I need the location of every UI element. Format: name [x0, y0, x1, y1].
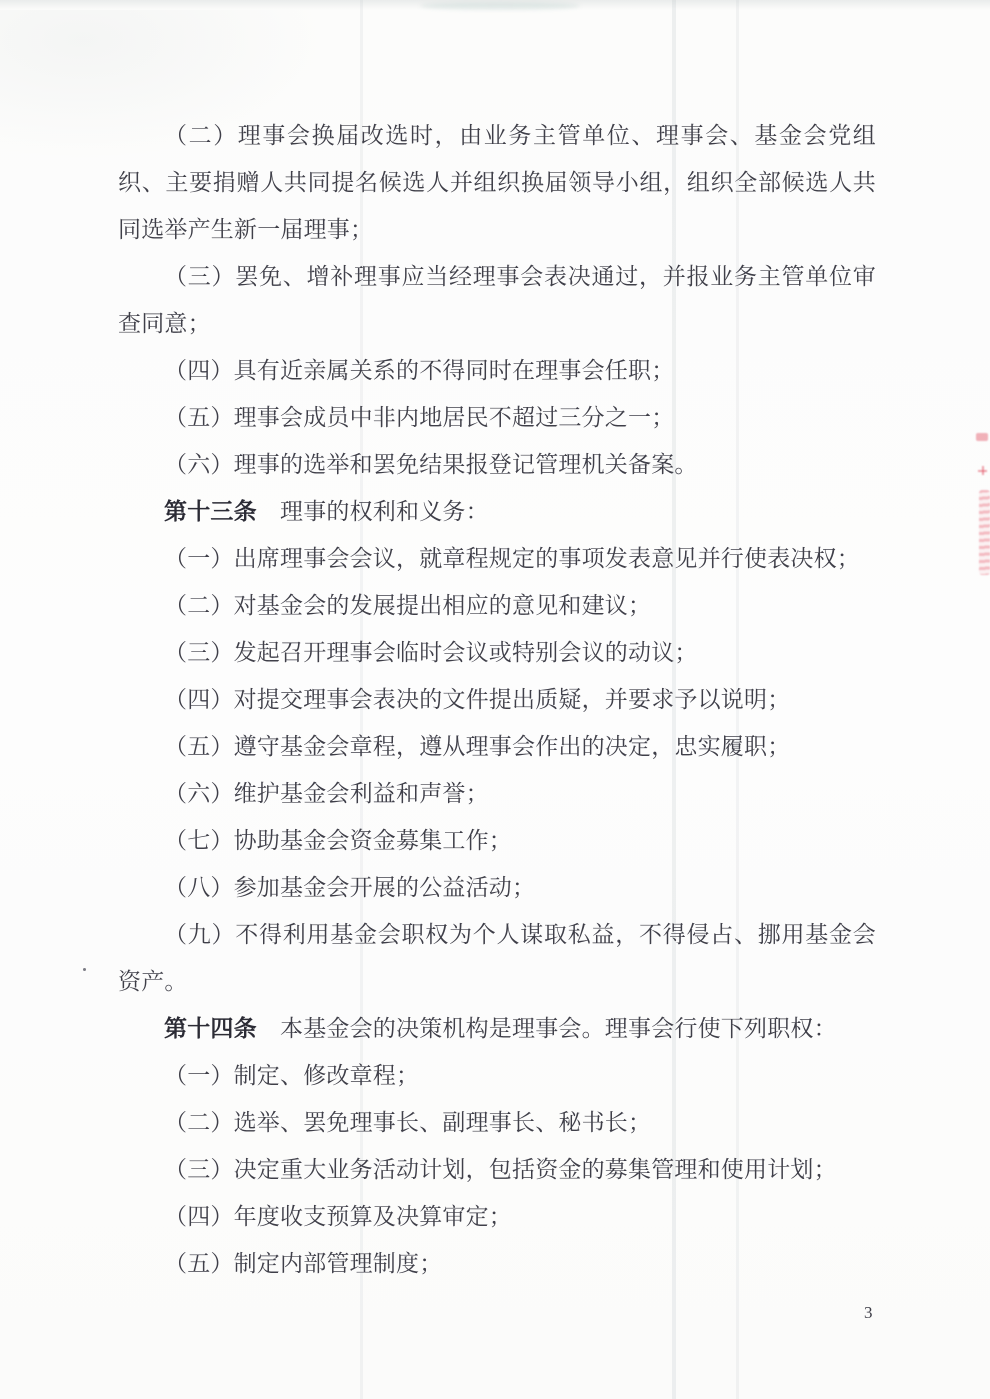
paragraph-article-13: 第十三条 理事的权利和义务： — [118, 488, 876, 535]
paragraph: （五）理事会成员中非内地居民不超过三分之一； — [118, 394, 876, 441]
paragraph-article-14: 第十四条 本基金会的决策机构是理事会。理事会行使下列职权： — [118, 1005, 876, 1052]
paragraph-text: （二）对基金会的发展提出相应的意见和建议； — [164, 593, 651, 618]
article-number: 第十三条 — [164, 499, 257, 524]
paragraph: （八）参加基金会开展的公益活动； — [118, 864, 876, 911]
paragraph: （二）选举、罢免理事长、副理事长、秘书长； — [118, 1099, 876, 1146]
paragraph-text: （四）对提交理事会表决的文件提出质疑，并要求予以说明； — [164, 687, 790, 712]
paragraph: （一）制定、修改章程； — [118, 1052, 876, 1099]
paragraph-text: （二）选举、罢免理事长、副理事长、秘书长； — [164, 1110, 651, 1135]
paragraph: （二）对基金会的发展提出相应的意见和建议； — [118, 582, 876, 629]
paragraph: （九）不得利用基金会职权为个人谋取私益，不得侵占、挪用基金会资产。 — [118, 911, 876, 1005]
scan-artifact-top-edge — [0, 0, 990, 10]
paragraph-text: （二）理事会换届改选时，由业务主管单位、理事会、基金会党组织、主要捐赠人共同提名… — [118, 123, 876, 242]
paragraph-text: （一）制定、修改章程； — [164, 1063, 419, 1088]
paragraph: （三）发起召开理事会临时会议或特别会议的动议； — [118, 629, 876, 676]
paragraph: （三）决定重大业务活动计划，包括资金的募集管理和使用计划； — [118, 1146, 876, 1193]
paragraph: （一）出席理事会会议，就章程规定的事项发表意见并行使表决权； — [118, 535, 876, 582]
paragraph: （三）罢免、增补理事应当经理事会表决通过，并报业务主管单位审查同意； — [118, 253, 876, 347]
paragraph-text: （七）协助基金会资金募集工作； — [164, 828, 512, 853]
red-stamp-remnant-icon — [976, 433, 988, 441]
ink-speck — [83, 968, 86, 971]
red-stamp-remnant-icon — [979, 490, 990, 575]
paragraph-text: （三）发起召开理事会临时会议或特别会议的动议； — [164, 640, 698, 665]
paragraph-text: （三）罢免、增补理事应当经理事会表决通过，并报业务主管单位审查同意； — [118, 264, 876, 336]
paragraph-text: （五）制定内部管理制度； — [164, 1251, 442, 1276]
paragraph-text: （五）理事会成员中非内地居民不超过三分之一； — [164, 405, 674, 430]
scan-artifact-top-smudge — [420, 2, 580, 10]
paragraph-text: （四）年度收支预算及决算审定； — [164, 1204, 512, 1229]
paragraph: （五）制定内部管理制度； — [118, 1240, 876, 1287]
paragraph-text: （六）维护基金会利益和声誉； — [164, 781, 489, 806]
red-stamp-remnant-icon — [978, 466, 987, 475]
paragraph-text: （五）遵守基金会章程，遵从理事会作出的决定，忠实履职； — [164, 734, 790, 759]
paragraph-text: （六）理事的选举和罢免结果报登记管理机关备案。 — [164, 452, 698, 477]
paragraph-text: （三）决定重大业务活动计划，包括资金的募集管理和使用计划； — [164, 1157, 837, 1182]
scanned-document-page: （二）理事会换届改选时，由业务主管单位、理事会、基金会党组织、主要捐赠人共同提名… — [0, 0, 990, 1399]
paragraph: （七）协助基金会资金募集工作； — [118, 817, 876, 864]
document-body-text: （二）理事会换届改选时，由业务主管单位、理事会、基金会党组织、主要捐赠人共同提名… — [118, 112, 876, 1287]
paragraph: （五）遵守基金会章程，遵从理事会作出的决定，忠实履职； — [118, 723, 876, 770]
article-title: 本基金会的决策机构是理事会。理事会行使下列职权： — [257, 1016, 837, 1041]
page-number: 3 — [864, 1303, 873, 1323]
paragraph-text: （九）不得利用基金会职权为个人谋取私益，不得侵占、挪用基金会资产。 — [118, 922, 876, 994]
paragraph-text: （一）出席理事会会议，就章程规定的事项发表意见并行使表决权； — [164, 546, 860, 571]
paragraph: （四）年度收支预算及决算审定； — [118, 1193, 876, 1240]
paragraph-text: （八）参加基金会开展的公益活动； — [164, 875, 535, 900]
paragraph-text: （四）具有近亲属关系的不得同时在理事会任职； — [164, 358, 674, 383]
article-number: 第十四条 — [164, 1016, 257, 1041]
article-title: 理事的权利和义务： — [257, 499, 489, 524]
paragraph: （六）维护基金会利益和声誉； — [118, 770, 876, 817]
paragraph: （六）理事的选举和罢免结果报登记管理机关备案。 — [118, 441, 876, 488]
paragraph: （四）对提交理事会表决的文件提出质疑，并要求予以说明； — [118, 676, 876, 723]
paragraph: （四）具有近亲属关系的不得同时在理事会任职； — [118, 347, 876, 394]
paragraph: （二）理事会换届改选时，由业务主管单位、理事会、基金会党组织、主要捐赠人共同提名… — [118, 112, 876, 253]
